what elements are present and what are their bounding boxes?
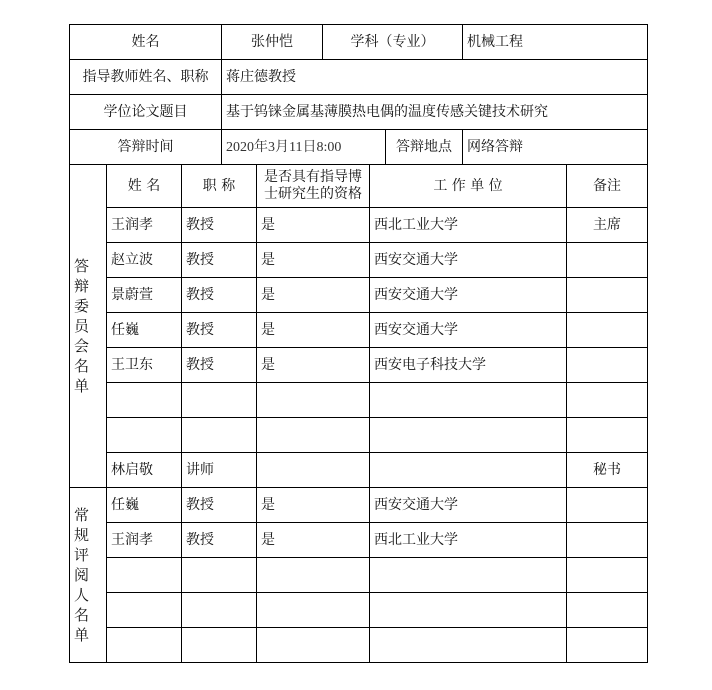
reviewers-row-name: 任巍 [106, 487, 182, 523]
col-header-unit: 工 作 单 位 [369, 164, 567, 208]
col-header-name: 姓 名 [106, 164, 182, 208]
committee-row-unit: 西安电子科技大学 [369, 347, 567, 383]
committee-section-label: 答辩委员会名单 [69, 164, 107, 488]
committee-row-remark [566, 382, 648, 418]
committee-row-qualified: 是 [256, 207, 370, 243]
reviewers-row-name [106, 627, 182, 663]
committee-row-unit: 西安交通大学 [369, 277, 567, 313]
committee-row-remark [566, 312, 648, 348]
committee-row-name: 林启敬 [106, 452, 182, 488]
col-header-title: 职 称 [181, 164, 257, 208]
major-value: 机械工程 [462, 24, 648, 60]
reviewers-section-label: 常规评阅人名单 [69, 487, 107, 663]
committee-row-title: 教授 [181, 207, 257, 243]
reviewers-row-name [106, 557, 182, 593]
committee-row-unit [369, 417, 567, 453]
committee-row-unit [369, 452, 567, 488]
committee-row-name: 赵立波 [106, 242, 182, 278]
committee-row-title: 教授 [181, 242, 257, 278]
reviewers-row-remark [566, 522, 648, 558]
committee-row-title: 教授 [181, 277, 257, 313]
reviewers-row-qualified [256, 592, 370, 628]
place-label: 答辩地点 [385, 129, 463, 165]
col-header-remark: 备注 [566, 164, 648, 208]
reviewers-row-title: 教授 [181, 487, 257, 523]
committee-row-remark [566, 417, 648, 453]
reviewers-row-title: 教授 [181, 522, 257, 558]
reviewers-row-qualified: 是 [256, 487, 370, 523]
reviewers-row-remark [566, 557, 648, 593]
reviewers-row-remark [566, 627, 648, 663]
thesis-label: 学位论文题目 [69, 94, 222, 130]
committee-row-remark [566, 347, 648, 383]
name-value: 张仲恺 [221, 24, 323, 60]
reviewers-row-name [106, 592, 182, 628]
committee-row-remark: 主席 [566, 207, 648, 243]
committee-row-name: 任巍 [106, 312, 182, 348]
reviewers-row-name: 王润孝 [106, 522, 182, 558]
reviewers-row-qualified: 是 [256, 522, 370, 558]
thesis-value: 基于钨铼金属基薄膜热电偶的温度传感关键技术研究 [221, 94, 648, 130]
committee-row-title: 讲师 [181, 452, 257, 488]
reviewers-row-remark [566, 487, 648, 523]
col-header-qualified: 是否具有指导博士研究生的资格 [256, 164, 370, 208]
committee-row-name [106, 417, 182, 453]
committee-row-qualified: 是 [256, 347, 370, 383]
reviewers-row-unit [369, 557, 567, 593]
advisor-value: 蒋庄德教授 [221, 59, 648, 95]
committee-row-title: 教授 [181, 312, 257, 348]
reviewers-row-unit: 西北工业大学 [369, 522, 567, 558]
advisor-label: 指导教师姓名、职称 [69, 59, 222, 95]
committee-row-qualified: 是 [256, 242, 370, 278]
committee-row-name: 景蔚萱 [106, 277, 182, 313]
committee-row-name: 王润孝 [106, 207, 182, 243]
committee-row-title [181, 382, 257, 418]
reviewers-row-qualified [256, 557, 370, 593]
committee-row-unit: 西北工业大学 [369, 207, 567, 243]
place-value: 网络答辩 [462, 129, 648, 165]
reviewers-row-title [181, 592, 257, 628]
committee-row-title [181, 417, 257, 453]
committee-row-remark [566, 242, 648, 278]
reviewers-label-text: 常规评阅人名单 [74, 505, 102, 645]
name-label: 姓名 [69, 24, 222, 60]
reviewers-row-remark [566, 592, 648, 628]
time-value: 2020年3月11日8:00 [221, 129, 386, 165]
committee-row-remark [566, 277, 648, 313]
committee-row-unit: 西安交通大学 [369, 242, 567, 278]
major-label: 学科（专业） [322, 24, 463, 60]
committee-row-unit [369, 382, 567, 418]
committee-row-qualified: 是 [256, 312, 370, 348]
reviewers-row-unit: 西安交通大学 [369, 487, 567, 523]
committee-row-name [106, 382, 182, 418]
committee-row-remark: 秘书 [566, 452, 648, 488]
reviewers-row-unit [369, 592, 567, 628]
reviewers-row-title [181, 557, 257, 593]
committee-row-qualified: 是 [256, 277, 370, 313]
reviewers-row-unit [369, 627, 567, 663]
committee-row-qualified [256, 382, 370, 418]
committee-row-qualified [256, 417, 370, 453]
reviewers-row-qualified [256, 627, 370, 663]
time-label: 答辩时间 [69, 129, 222, 165]
committee-row-qualified [256, 452, 370, 488]
committee-label-text: 答辩委员会名单 [74, 256, 102, 396]
committee-row-unit: 西安交通大学 [369, 312, 567, 348]
committee-row-name: 王卫东 [106, 347, 182, 383]
committee-row-title: 教授 [181, 347, 257, 383]
reviewers-row-title [181, 627, 257, 663]
